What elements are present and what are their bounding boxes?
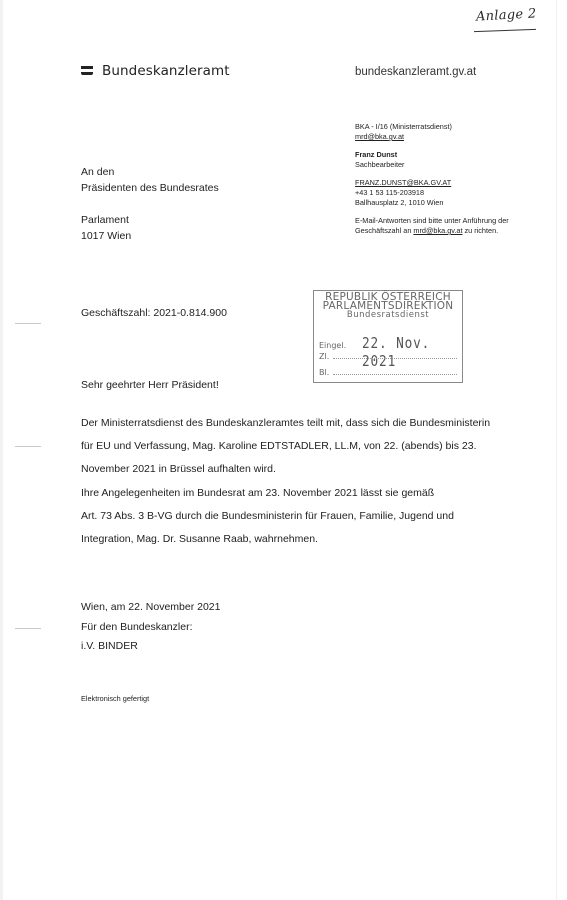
body-line: November 2021 in Brüssel aufhalten wird. [81,458,551,481]
reply-note-line2: Geschäftszahl an mrd@bka.gv.at zu richte… [355,226,555,236]
sender-department: BKA - I/16 (Ministerratsdienst) [355,122,555,132]
on-behalf: Für den Bundeskanzler: [81,618,220,638]
page-edge [0,0,3,900]
reply-note-email[interactable]: mrd@bka.gv.at [413,226,462,235]
stamp-bl-label: Bl. [319,368,329,377]
stamp-bl-line [333,373,457,375]
sender-email[interactable]: FRANZ.DUNST@BKA.GV.AT [355,178,555,188]
place-date: Wien, am 22. November 2021 [81,598,220,618]
signatory: i.V. BINDER [81,637,220,657]
recipient-line: An den [81,164,219,180]
stamp-zl-row: Zl. [319,352,457,361]
stamp-bl-row: Bl. [319,368,457,377]
salutation: Sehr geehrter Herr Präsident! [81,379,219,391]
austrian-flag-bars-icon [81,66,93,76]
stamp-received-label: Eingel. [319,341,346,350]
reply-note-suffix: zu richten. [462,226,498,235]
reply-note-prefix: Geschäftszahl an [355,226,413,235]
body-line: Der Ministerratsdienst des Bundeskanzler… [81,412,551,435]
body-line: Integration, Mag. Dr. Susanne Raab, wahr… [81,528,551,551]
annotation-underline [474,29,536,32]
recipient-line: Parlament [81,212,219,228]
sender-name: Franz Dunst [355,150,555,160]
body-line: Ihre Angelegenheiten im Bundesrat am 23.… [81,482,551,505]
sender-block: BKA - I/16 (Ministerratsdienst) mrd@bka.… [355,122,555,236]
handwritten-annotation: Anlage 2 [476,6,537,24]
reply-note-line1: E-Mail-Antworten sind bitte unter Anführ… [355,216,555,226]
organization-name: Bundeskanzleramt [102,63,230,79]
fold-mark [15,323,41,324]
sender-phone: +43 1 53 115-203918 [355,188,555,198]
body-line: für EU und Verfassung, Mag. Karoline EDT… [81,435,551,458]
fold-mark [15,446,41,447]
sender-department-email[interactable]: mrd@bka.gv.at [355,132,555,142]
received-stamp: REPUBLIK ÖSTERREICH PARLAMENTSDIREKTION … [313,290,463,383]
body-paragraph-2: Ihre Angelegenheiten im Bundesrat am 23.… [81,482,551,551]
stamp-department: Bundesratsdienst [314,311,462,320]
closing-block: Wien, am 22. November 2021 Für den Bunde… [81,598,220,657]
sender-role: Sachbearbeiter [355,160,555,170]
stamp-zl-label: Zl. [319,352,329,361]
recipient-line: Präsidenten des Bundesrates [81,180,219,196]
body-line: Art. 73 Abs. 3 B-VG durch die Bundesmini… [81,505,551,528]
organization-logo: Bundeskanzleramt [81,63,230,79]
sender-address: Ballhausplatz 2, 1010 Wien [355,198,555,208]
website-url: bundeskanzleramt.gv.at [355,66,476,78]
electronic-signature-note: Elektronisch gefertigt [81,694,149,703]
stamp-zl-line [333,357,457,359]
body-paragraph-1: Der Ministerratsdienst des Bundeskanzler… [81,412,551,481]
fold-mark [15,628,41,629]
page-edge [556,0,557,900]
recipient-address: An den Präsidenten des Bundesrates Parla… [81,164,219,244]
reference-number: Geschäftszahl: 2021-0.814.900 [81,307,227,319]
recipient-line: 1017 Wien [81,228,219,244]
